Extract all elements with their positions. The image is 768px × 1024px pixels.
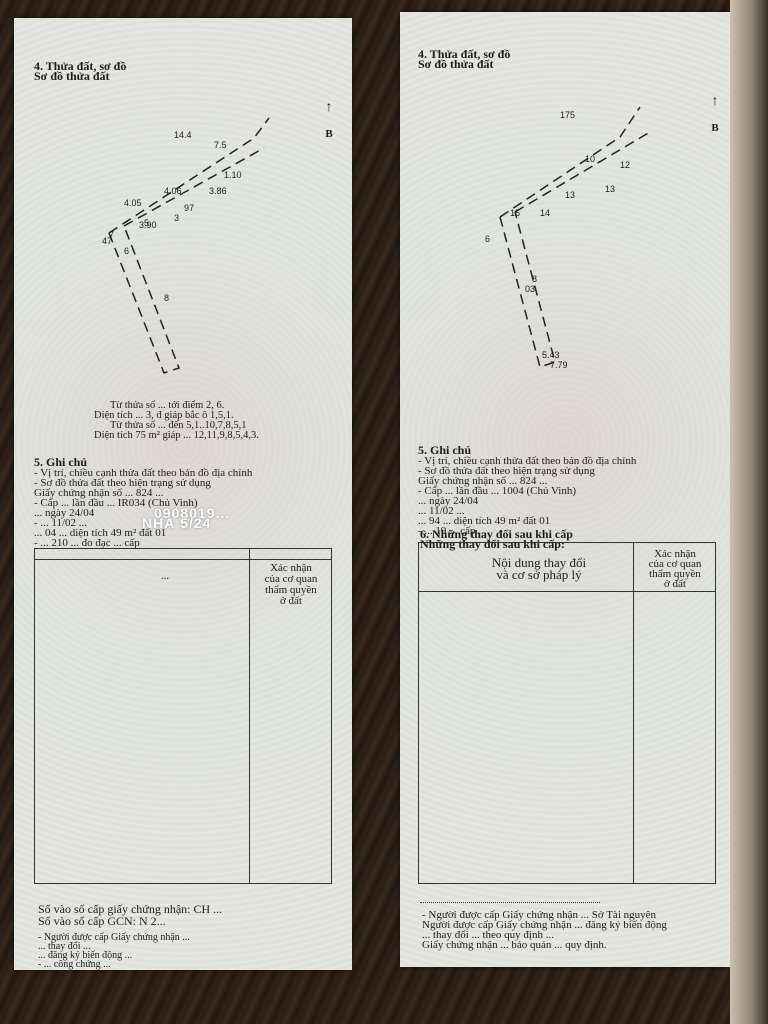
plot-label: 7.5 <box>214 140 227 151</box>
plot-label: 8 <box>164 293 169 304</box>
plot-label: 4.05 <box>124 198 142 209</box>
text-line: - ... công chứng ... <box>38 959 111 970</box>
plot-label: 175 <box>560 110 575 121</box>
table-header-left: và cơ sở pháp lý <box>459 569 619 580</box>
plot-label: 5 <box>144 218 149 229</box>
table-header-right: ở đất <box>251 596 331 607</box>
plot-label: 13 <box>605 184 615 195</box>
plot-label: 47 <box>102 236 112 247</box>
signature-line <box>420 902 600 903</box>
plot-label: 97 <box>184 203 194 214</box>
plot-label: 15 <box>510 208 520 219</box>
changes-table: ... Xác nhận của cơ quan thẩm quyền ở đấ… <box>34 548 332 884</box>
certificate-page-right: 4. Thửa đất, sơ đồ Sơ đồ thửa đất ↑ B 17… <box>400 12 730 967</box>
plot-label: 13 <box>565 190 575 201</box>
plot-label: 03 <box>525 284 535 295</box>
plot-label: 1.10 <box>224 170 242 181</box>
plot-label: 6 <box>124 246 129 257</box>
plot-label: 14.4 <box>174 130 192 141</box>
plot-label: 3.86 <box>209 186 227 197</box>
certificate-page-left: 4. Thửa đất, sơ đồ Sơ đồ thửa đất ↑ B 14… <box>14 18 352 970</box>
changes-table: Nội dung thay đổi và cơ sở pháp lý Xác n… <box>418 542 716 884</box>
plot-label: 6 <box>485 234 490 245</box>
legend-line: Diện tích 75 m² giáp ... 12,11,9,8,5,4,3… <box>94 430 259 441</box>
text-line: Giấy chứng nhận ... bảo quản ... quy địn… <box>422 940 607 951</box>
table-header-right: ở đất <box>635 579 715 590</box>
redaction-stamp: NHÀ 5/24 <box>142 515 211 531</box>
registry-line: Số vào sổ cấp GCN: N 2... <box>38 916 166 927</box>
plot-label: 14 <box>540 208 550 219</box>
book-edge <box>730 0 768 1024</box>
table-header-left: ... <box>95 571 235 582</box>
plot-outline <box>14 18 352 378</box>
plot-label: 7.79 <box>550 360 568 371</box>
plot-label: 10 <box>585 154 595 165</box>
plot-outline <box>400 12 730 392</box>
plot-label: 4.06 <box>164 186 182 197</box>
plot-label: 12 <box>620 160 630 171</box>
plot-label: 3 <box>174 213 179 224</box>
